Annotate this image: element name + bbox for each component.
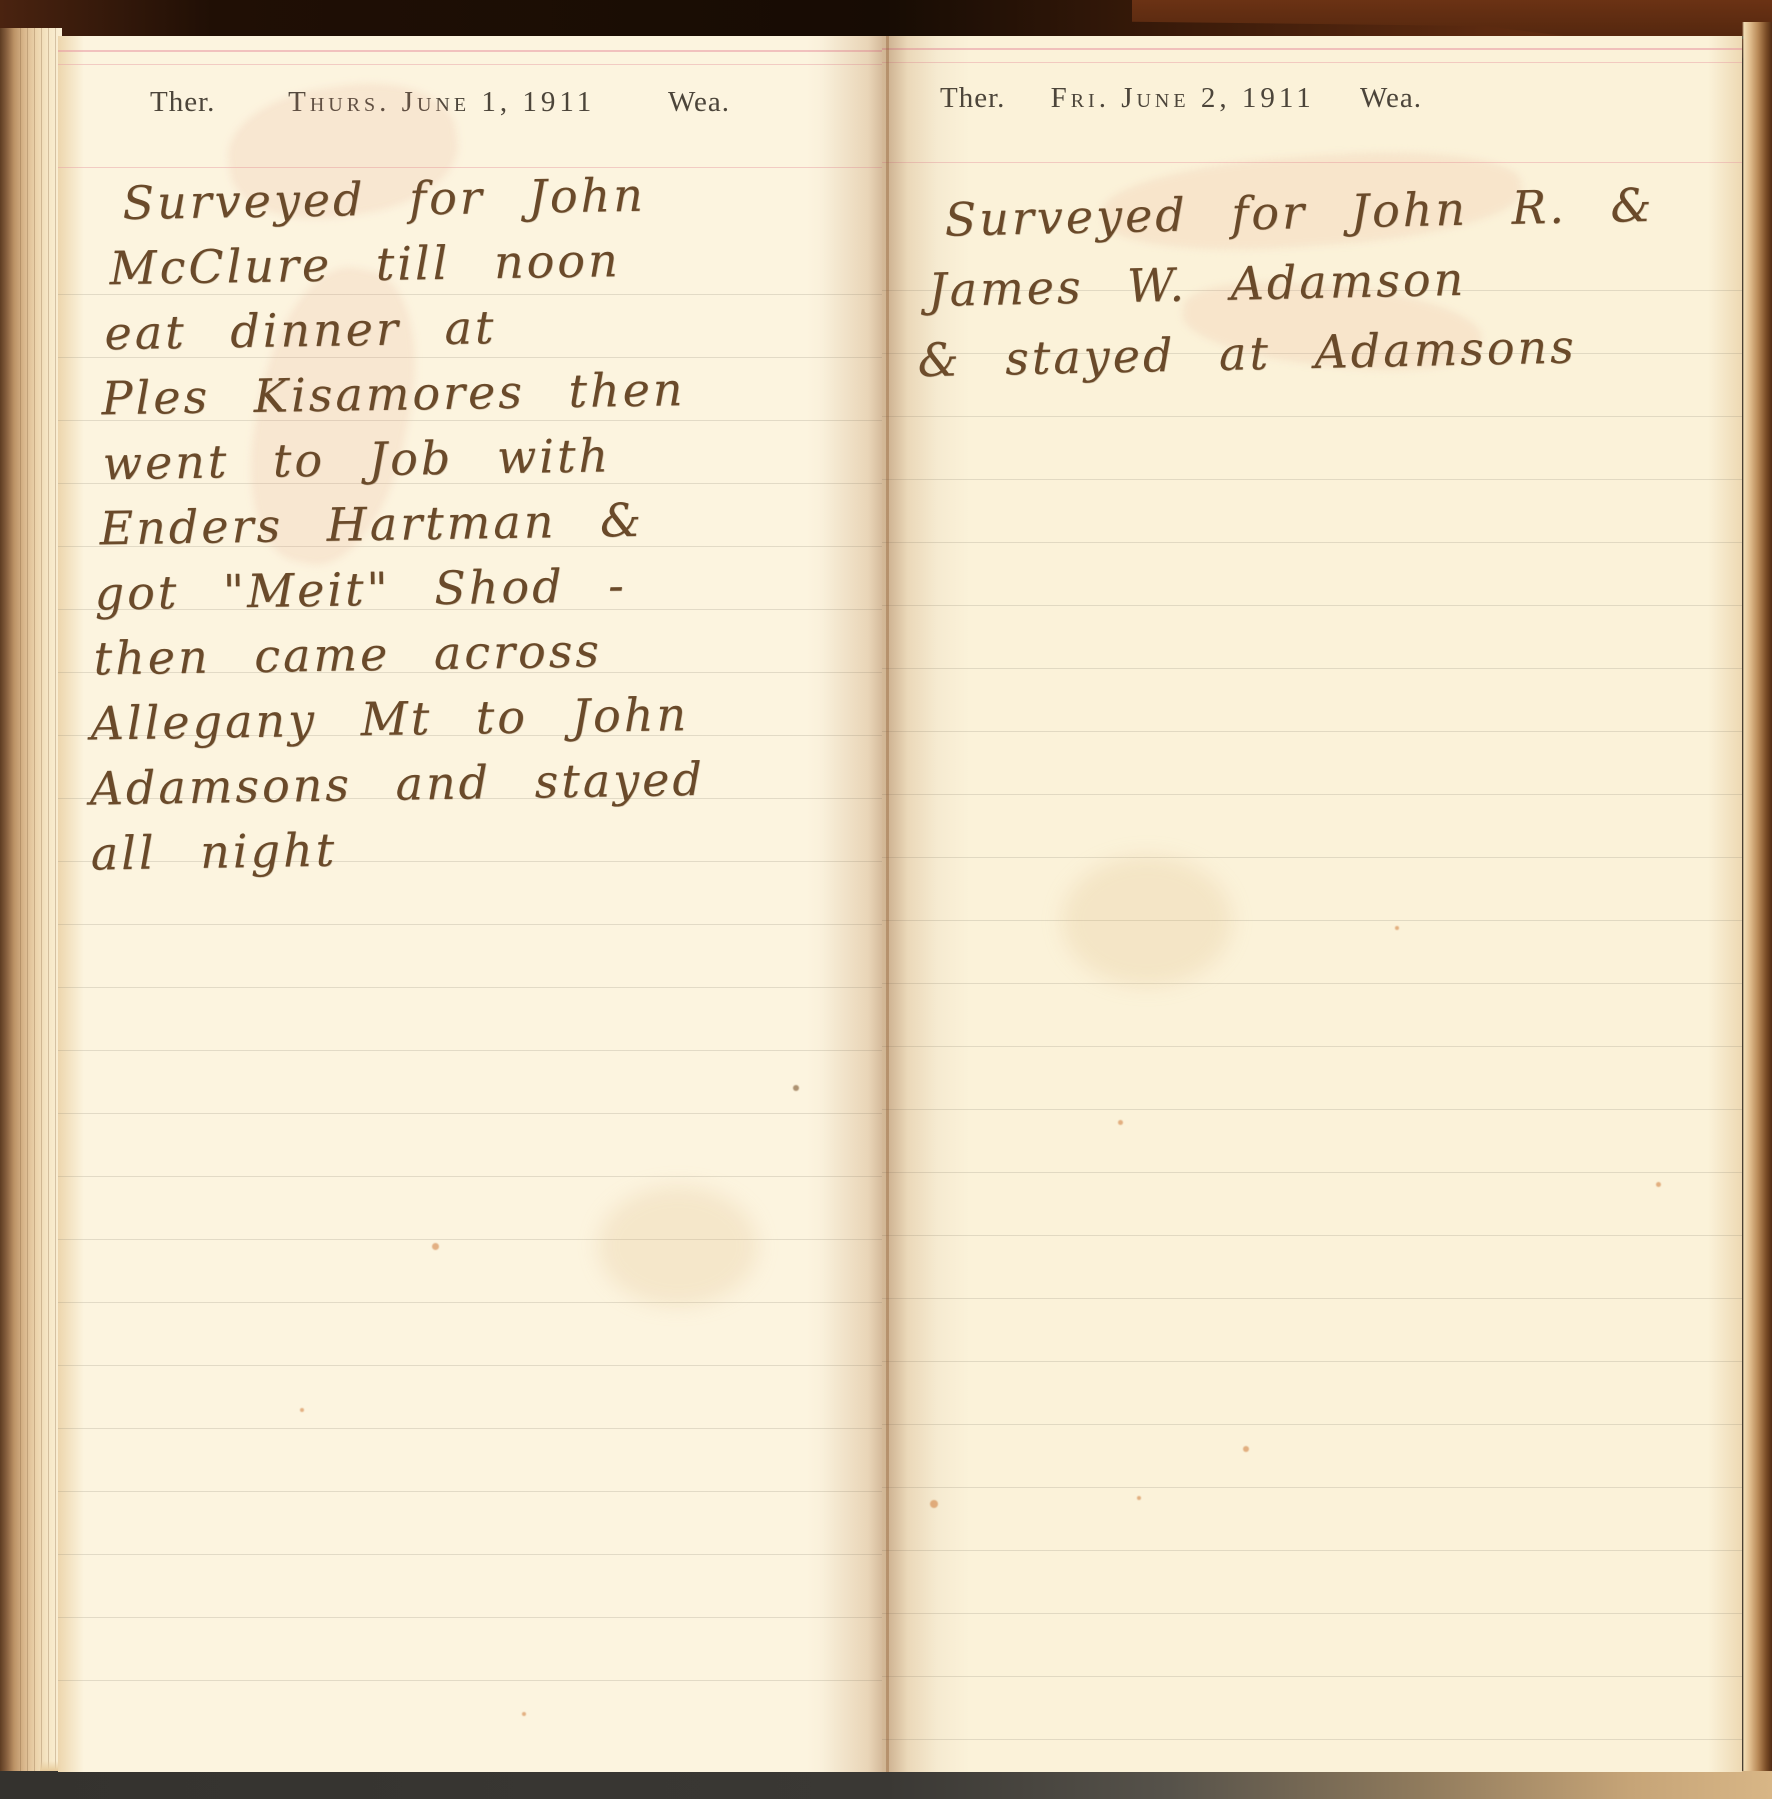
pink-rule <box>882 62 1742 63</box>
page-edge-left-leaves <box>20 28 62 1780</box>
ther-label: Ther. <box>940 82 1005 115</box>
entry-line: got "Meit" Shod - <box>94 552 702 627</box>
date-label: Fri. June 2, 1911 <box>1051 82 1315 115</box>
diary-entry: Surveyed for John R. & James W. Adamson … <box>882 170 1658 396</box>
ruled-lines <box>882 228 1742 1742</box>
foxing-spot <box>930 1500 938 1508</box>
diary-page-june-2: Ther. Fri. June 2, 1911 Wea. Surveyed fo… <box>882 36 1742 1772</box>
foxing-spot <box>1395 926 1399 930</box>
entry-line: eat dinner at <box>104 292 698 366</box>
wea-label: Wea. <box>668 86 730 119</box>
entry-line: then came across <box>93 617 703 692</box>
page-edge-right <box>1742 22 1772 1790</box>
pink-rule <box>58 50 882 52</box>
page-header: Ther. Fri. June 2, 1911 Wea. <box>940 82 1422 115</box>
entry-line: Surveyed for John <box>122 162 696 236</box>
entry-line: Allegany Mt to John <box>90 682 704 757</box>
entry-line: all night <box>90 812 706 887</box>
diary-page-june-1: Ther. Thurs. June 1, 1911 Wea. Surveyed … <box>58 36 882 1772</box>
foxing-spot <box>432 1243 439 1250</box>
foxing-spot <box>1137 1496 1141 1500</box>
pink-rule <box>58 64 882 65</box>
foxing-spot <box>1656 1182 1661 1187</box>
foxing-spot <box>300 1408 304 1412</box>
foxing-spot <box>1243 1446 1249 1452</box>
book-bottom-cover-edge <box>0 1771 1772 1799</box>
entry-line: Ples Kisamores then <box>101 357 699 431</box>
diary-entry: Surveyed for John McClure till noon eat … <box>58 162 706 887</box>
foxing-spot <box>793 1085 799 1091</box>
foxing-spot <box>522 1712 526 1716</box>
entry-line: McClure till noon <box>109 227 697 301</box>
date-label: Thurs. June 1, 1911 <box>288 86 595 119</box>
entry-line: Surveyed for John R. & <box>944 170 1655 255</box>
entry-line: Adamsons and stayed <box>89 747 705 822</box>
entry-line: went to Job with <box>102 422 700 496</box>
page-header: Ther. Thurs. June 1, 1911 Wea. <box>150 86 730 119</box>
diary-scan: Ther. Thurs. June 1, 1911 Wea. Surveyed … <box>0 0 1772 1799</box>
wea-label: Wea. <box>1360 82 1422 115</box>
entry-line: Enders Hartman & <box>99 487 701 561</box>
pink-rule <box>882 48 1742 50</box>
pink-rule-under-header <box>882 162 1742 163</box>
gutter-fold-line <box>886 36 889 1772</box>
foxing-spot <box>1118 1120 1123 1125</box>
ther-label: Ther. <box>150 86 215 119</box>
